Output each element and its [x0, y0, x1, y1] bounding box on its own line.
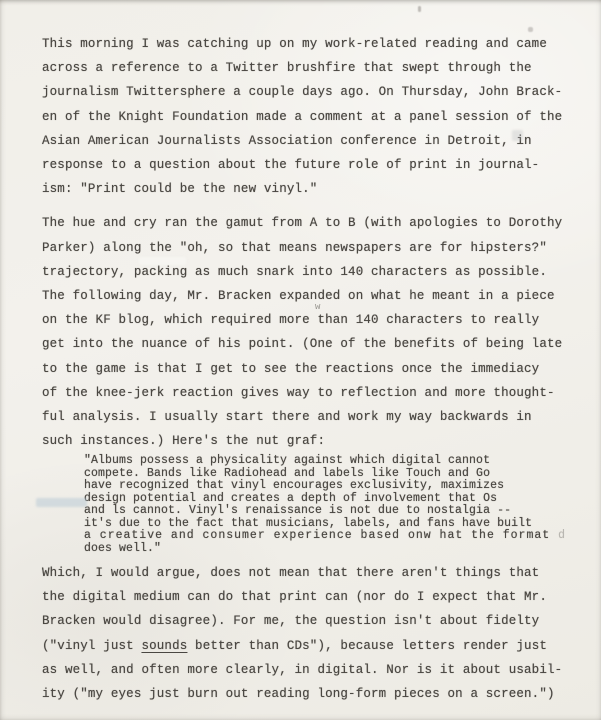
text-line: across a reference to a Twitter brushfir… [42, 56, 590, 80]
text-segment: and ls cannot. Vinyl's renaissance is no… [84, 504, 511, 517]
text-line: as well, and often more clearly, in digi… [42, 658, 590, 682]
text-segment: Which, I would argue, does not mean that… [42, 566, 539, 580]
text-segment: across a reference to a Twitter brushfir… [42, 61, 532, 75]
text-segment: compete. Bands like Radiohead and labels… [84, 467, 490, 480]
text-line: such instances.) Here's the nut graf: [42, 429, 590, 453]
para-1: This morning I was catching up on my wor… [42, 32, 590, 201]
text-segment: d [558, 529, 566, 542]
text-segment: Parker) along the "oh, so that means new… [42, 241, 547, 255]
text-segment: a creative and consumer experience based… [84, 529, 558, 542]
para-2: The hue and cry ran the gamut from A to … [42, 211, 590, 453]
text-line: on the KF blog, which required more than… [42, 308, 590, 332]
text-segment: does well." [84, 542, 161, 555]
text-line: to the game is that I get to see the rea… [42, 357, 590, 381]
text-segment: design potential and creates a depth of … [84, 492, 497, 505]
text-line: ism: "Print could be the new vinyl." [42, 177, 590, 201]
text-line: of the knee-jerk reaction gives way to r… [42, 381, 590, 405]
text-segment: have recognized that vinyl encourages ex… [84, 479, 504, 492]
paper-speck-1 [418, 6, 421, 12]
text-line: ity ("my eyes just burn out reading long… [42, 682, 590, 706]
text-line: The following day, Mr. Bracken expanded … [42, 284, 590, 308]
para-quote: "Albums possess a physicality against wh… [84, 455, 590, 555]
document-body: This morning I was catching up on my wor… [42, 32, 590, 706]
text-segment: ful analysis. I usually start there and … [42, 410, 532, 424]
text-segment: trajectory, packing as much snark into 1… [42, 265, 547, 279]
text-segment: Bracken would disagree). For me, the que… [42, 614, 539, 628]
text-line: Bracken would disagree). For me, the que… [42, 609, 590, 633]
text-segment: get into the nuance of his point. (One o… [42, 337, 562, 351]
text-segment: of the knee-jerk reaction gives way to r… [42, 386, 555, 400]
text-line: Parker) along the "oh, so that means new… [42, 236, 590, 260]
text-line: Which, I would argue, does not mean that… [42, 561, 590, 585]
text-line: get into the nuance of his point. (One o… [42, 332, 590, 356]
text-segment: such instances.) Here's the nut graf: [42, 434, 325, 448]
text-line: Asian American Journalists Association c… [42, 129, 590, 153]
para-4: Which, I would argue, does not mean that… [42, 561, 590, 706]
text-line: response to a question about the future … [42, 153, 590, 177]
text-segment: en of the Knight Foundation made a comme… [42, 110, 562, 124]
text-line: This morning I was catching up on my wor… [42, 32, 590, 56]
text-segment: ("vinyl just [42, 639, 141, 653]
text-segment: "Albums possess a physicality against wh… [84, 454, 490, 467]
text-line: does well." [84, 543, 590, 555]
text-line: en of the Knight Foundation made a comme… [42, 105, 590, 129]
text-segment: The following day, Mr. Bracken expanded … [42, 289, 555, 303]
text-segment: as well, and often more clearly, in digi… [42, 663, 562, 677]
text-segment: ism: "Print could be the new vinyl." [42, 182, 317, 196]
text-line: ("vinyl just sounds better than CDs"), b… [42, 634, 590, 658]
text-segment: This morning I was catching up on my wor… [42, 37, 547, 51]
text-segment: The hue and cry ran the gamut from A to … [42, 216, 562, 230]
text-line: ful analysis. I usually start there and … [42, 405, 590, 429]
text-segment: better than CDs"), because letters rende… [187, 639, 547, 653]
text-segment: Asian American Journalists Association c… [42, 134, 532, 148]
underlined-word: sounds [141, 639, 187, 653]
text-line: the digital medium can do that print can… [42, 585, 590, 609]
text-segment: on the KF blog, which required more than… [42, 313, 539, 327]
typewritten-page: This morning I was catching up on my wor… [0, 0, 601, 720]
text-line: trajectory, packing as much snark into 1… [42, 260, 590, 284]
text-segment: the digital medium can do that print can… [42, 590, 547, 604]
text-segment: journalism Twittersphere a couple days a… [42, 85, 562, 99]
text-line: The hue and cry ran the gamut from A to … [42, 211, 590, 235]
text-segment: response to a question about the future … [42, 158, 539, 172]
text-segment: to the game is that I get to see the rea… [42, 362, 539, 376]
text-line: journalism Twittersphere a couple days a… [42, 80, 590, 104]
text-segment: ity ("my eyes just burn out reading long… [42, 687, 555, 701]
text-segment: it's due to the fact that musicians, lab… [84, 517, 532, 530]
